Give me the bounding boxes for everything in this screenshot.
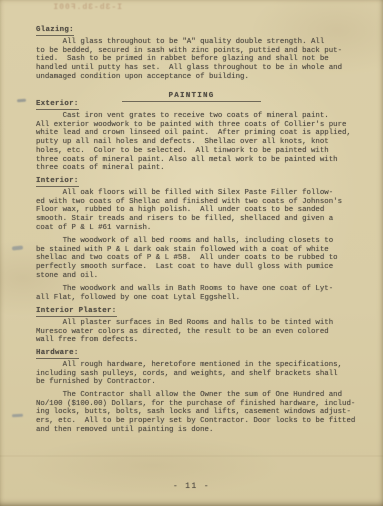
interior-plaster-paragraph: All plaster surfaces in Bed Rooms and ha… (36, 319, 372, 345)
section-heading-glazing: Glazing: (36, 26, 74, 36)
margin-pencil-mark (12, 414, 23, 418)
paper-crease (0, 455, 383, 457)
section-heading-interior: Interior: (36, 177, 79, 187)
ink-bleed-through-mark: I-3b-3b.F00I (12, 3, 122, 12)
section-heading-interior-plaster: Interior Plaster: (36, 307, 117, 317)
section-heading-hardware: Hardware: (36, 349, 79, 359)
page-number: - 11 - (0, 483, 383, 491)
margin-pencil-mark (12, 245, 23, 250)
document-page: I-3b-3b.F00I Glazing: All glass througho… (0, 0, 383, 506)
hardware-paragraph-allowance: The Contractor shall allow the Owner the… (36, 391, 372, 435)
painting-section-title: PAINTING (122, 92, 260, 102)
glazing-paragraph: All glass throughout to be "A" quality d… (36, 38, 372, 82)
interior-paragraph-floors: All oak floors will be filled with Silex… (36, 189, 372, 233)
section-heading-exterior: Exterior: (36, 100, 79, 110)
exterior-paragraph: Cast iron vent grates to receive two coa… (36, 112, 372, 173)
hardware-paragraph-rough: All rough hardware, heretofore mentioned… (36, 361, 372, 387)
interior-paragraph-bathrooms: The woodwork and walls in Bath Rooms to … (36, 285, 372, 302)
interior-paragraph-woodwork: The woodwork of all bed rooms and halls,… (36, 237, 372, 281)
